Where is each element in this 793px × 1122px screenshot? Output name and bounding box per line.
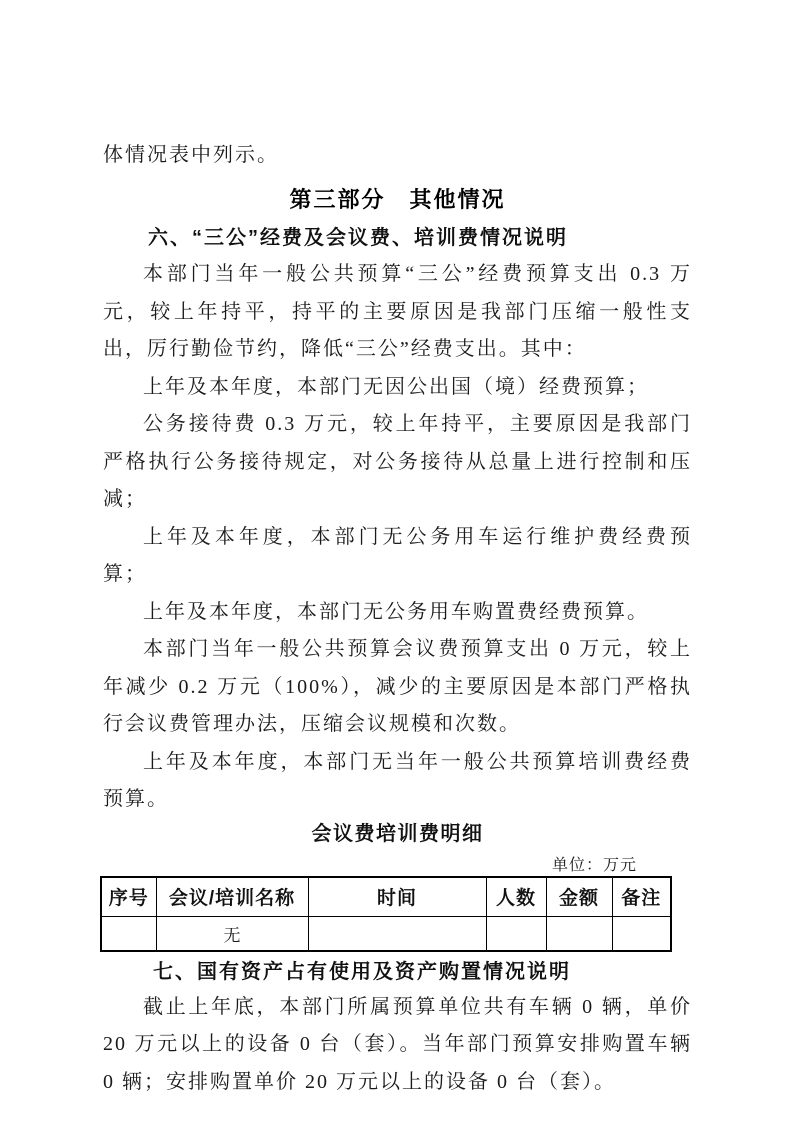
table-row: 无 (101, 917, 671, 951)
paragraph-state-assets: 截止上年底，本部门所属预算单位共有车辆 0 辆，单价 20 万元以上的设备 0 … (103, 989, 692, 1102)
header-remarks: 备注 (612, 877, 671, 917)
header-amount: 金额 (546, 877, 612, 917)
document-page: 体情况表中列示。 第三部分 其他情况 六、“三公”经费及会议费、培训费情况说明 … (0, 0, 793, 1122)
header-serial-number: 序号 (101, 877, 156, 917)
paragraph-reception-expense: 公务接待费 0.3 万元，较上年持平，主要原因是我部门严格执行公务接待规定，对公… (103, 406, 692, 519)
part-heading: 第三部分 其他情况 (103, 185, 692, 215)
paragraph-abroad-expense: 上年及本年度，本部门无因公出国（境）经费预算； (103, 369, 692, 407)
unit-label: 单位：万元 (103, 856, 637, 876)
paragraph-sangong-summary: 本部门当年一般公共预算“三公”经费预算支出 0.3 万元，较上年持平，持平的主要… (103, 256, 692, 369)
cell-people-count (486, 917, 546, 951)
table-title: 会议费培训费明细 (103, 819, 692, 849)
header-people-count: 人数 (486, 877, 546, 917)
cell-amount (546, 917, 612, 951)
paragraph-meeting-expense: 本部门当年一般公共预算会议费预算支出 0 万元，较上年减少 0.2 万元（100… (103, 631, 692, 744)
cell-remarks (612, 917, 671, 951)
header-time: 时间 (308, 877, 486, 917)
paragraph-vehicle-purchase: 上年及本年度，本部门无公务用车购置费经费预算。 (103, 594, 692, 632)
paragraph-vehicle-operation: 上年及本年度，本部门无公务用车运行维护费经费预算； (103, 519, 692, 594)
section-heading-seven: 七、国有资产占有使用及资产购置情况说明 (103, 957, 692, 987)
text-block: 体情况表中列示。 第三部分 其他情况 六、“三公”经费及会议费、培训费情况说明 … (103, 137, 692, 1101)
meeting-training-detail-table: 序号 会议/培训名称 时间 人数 金额 备注 无 (100, 876, 672, 952)
cell-meeting-training-name: 无 (156, 917, 308, 951)
continuation-line: 体情况表中列示。 (103, 137, 692, 175)
cell-serial-number (101, 917, 156, 951)
cell-time (308, 917, 486, 951)
table-header-row: 序号 会议/培训名称 时间 人数 金额 备注 (101, 877, 671, 917)
section-heading-six: 六、“三公”经费及会议费、培训费情况说明 (103, 223, 692, 253)
paragraph-training-expense: 上年及本年度，本部门无当年一般公共预算培训费经费预算。 (103, 744, 692, 819)
header-meeting-training-name: 会议/培训名称 (156, 877, 308, 917)
